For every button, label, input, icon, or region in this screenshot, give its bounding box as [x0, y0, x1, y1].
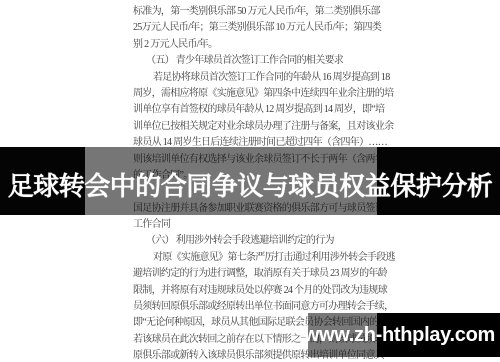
doc-text-line: 别 2 万元人民币/年。: [133, 37, 383, 53]
doc-text-line: 训单位已按相关规定对业余球员办理了注册与备案，且对该业余: [133, 119, 383, 135]
doc-text-line: 避培训约定的行为进行调整，取消原有关于球员 23 周岁的年龄: [133, 266, 383, 282]
doc-section-heading: （五） 青少年球员首次签订工作合同的相关要求: [133, 53, 383, 69]
doc-text-line: 训单位享有首签权的球员年龄从 12 周岁提高到 14 周岁，即“培: [133, 102, 383, 118]
doc-text-line: 限制，并将原有对违规球员处以停赛 24 个月的处罚改为违规球: [133, 283, 383, 299]
doc-section-heading: （六） 利用涉外转会手段逃避培训约定的行为: [133, 233, 383, 249]
doc-text-line: 周岁，需相应将原《实施意见》第四条中连续四年业余注册的培: [133, 86, 383, 102]
doc-text-line: 25万元人民币/年；第三类别俱乐部 10 万元人民币/年；第四类: [133, 20, 383, 36]
doc-text-line: 对原《实施意见》第七条严厉打击通过利用涉外转会手段逃: [133, 250, 383, 266]
watermark: www.zh-hthplay.com: [308, 313, 500, 357]
doc-text-line: 工作合同: [133, 217, 383, 233]
doc-text-line: 标准为，第一类别俱乐部 50 万元人民币/年，第二类别俱乐部: [133, 4, 383, 20]
watermark-url-text: www.zh-hthplay.com: [304, 313, 495, 357]
doc-text-line: 若足协将球员首次签订工作合同的年龄从 16 周岁提高到 18: [133, 70, 383, 86]
banner-title: 足球转会中的合同争议与球员权益保护分析: [0, 147, 500, 215]
title-banner: 足球转会中的合同争议与球员权益保护分析: [0, 147, 500, 215]
